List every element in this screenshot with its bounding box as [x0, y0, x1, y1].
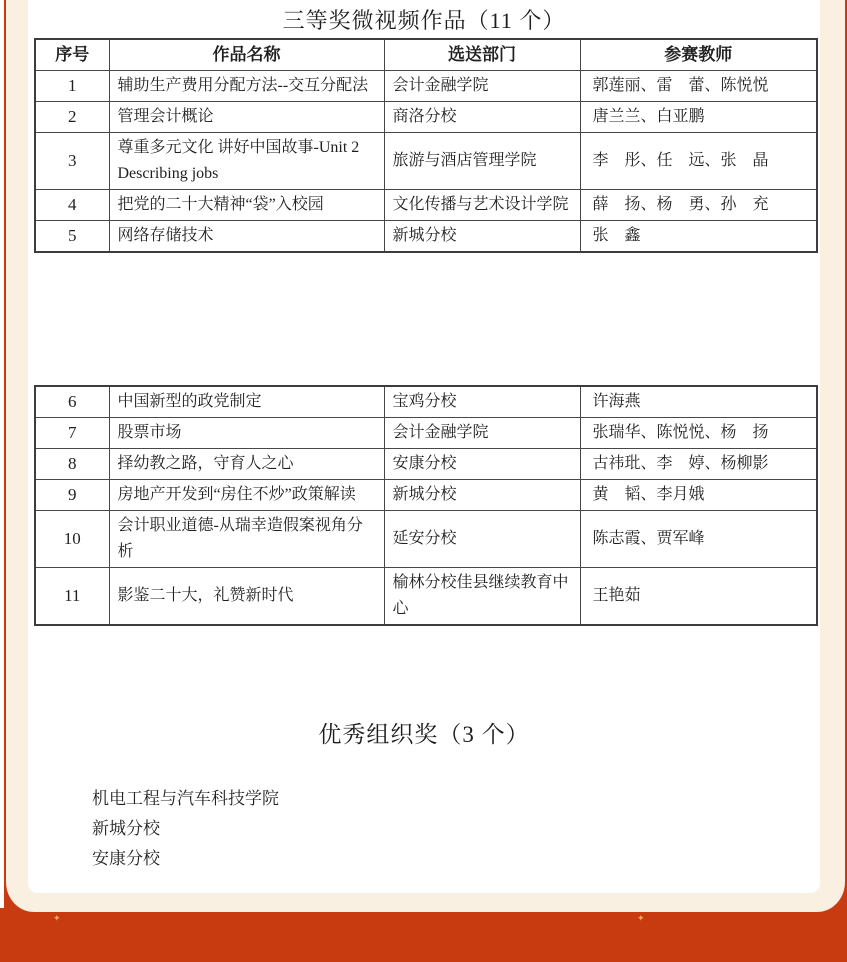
org-award-item: 新城分校: [92, 814, 279, 844]
cell-dept: 会计金融学院: [384, 418, 580, 449]
cell-teachers: 黄 韬、李月娥: [580, 480, 817, 511]
awards-table-2: 6中国新型的政党制定宝鸡分校许海燕7股票市场会计金融学院张瑞华、陈悦悦、杨 扬8…: [34, 385, 818, 626]
cell-dept: 新城分校: [384, 480, 580, 511]
cell-title: 辅助生产费用分配方法--交互分配法: [109, 70, 384, 101]
table-row: 4把党的二十大精神“袋”入校园文化传播与艺术设计学院薛 扬、杨 勇、孙 充: [35, 189, 817, 220]
cell-dept: 新城分校: [384, 220, 580, 252]
table-row: 5网络存储技术新城分校张 鑫: [35, 220, 817, 252]
cell-index: 10: [35, 511, 109, 568]
sparkle-icon: ✦: [637, 914, 645, 923]
cell-title: 网络存储技术: [109, 220, 384, 252]
cell-teachers: 王艳茹: [580, 568, 817, 626]
cell-teachers: 薛 扬、杨 勇、孙 充: [580, 189, 817, 220]
cell-index: 8: [35, 449, 109, 480]
cell-title: 中国新型的政党制定: [109, 386, 384, 418]
cell-index: 11: [35, 568, 109, 626]
table-2-body: 6中国新型的政党制定宝鸡分校许海燕7股票市场会计金融学院张瑞华、陈悦悦、杨 扬8…: [35, 386, 817, 625]
sparkle-icon: ✦: [53, 914, 61, 923]
cell-dept: 宝鸡分校: [384, 386, 580, 418]
header-title: 作品名称: [109, 39, 384, 70]
cell-dept: 榆林分校佳县继续教育中心: [384, 568, 580, 626]
cell-title: 尊重多元文化 讲好中国故事-Unit 2 Describing jobs: [109, 132, 384, 189]
cell-index: 6: [35, 386, 109, 418]
table-row: 9房地产开发到“房住不炒”政策解读新城分校黄 韬、李月娥: [35, 480, 817, 511]
table-header-row: 序号 作品名称 选送部门 参赛教师: [35, 39, 817, 70]
cell-index: 9: [35, 480, 109, 511]
cell-dept: 文化传播与艺术设计学院: [384, 189, 580, 220]
cell-teachers: 郭莲丽、雷 蕾、陈悦悦: [580, 70, 817, 101]
cell-index: 1: [35, 70, 109, 101]
org-awards-list: 机电工程与汽车科技学院新城分校安康分校: [92, 784, 279, 874]
cell-title: 房地产开发到“房住不炒”政策解读: [109, 480, 384, 511]
cell-index: 5: [35, 220, 109, 252]
org-award-title: 优秀组织奖（3 个）: [28, 716, 820, 749]
cell-dept: 会计金融学院: [384, 70, 580, 101]
table-row: 6中国新型的政党制定宝鸡分校许海燕: [35, 386, 817, 418]
header-dept: 选送部门: [384, 39, 580, 70]
header-index: 序号: [35, 39, 109, 70]
cell-teachers: 张 鑫: [580, 220, 817, 252]
cell-title: 管理会计概论: [109, 101, 384, 132]
cell-dept: 旅游与酒店管理学院: [384, 132, 580, 189]
cell-title: 股票市场: [109, 418, 384, 449]
third-prize-title: 三等奖微视频作品（11 个）: [28, 4, 820, 35]
cell-title: 把党的二十大精神“袋”入校园: [109, 189, 384, 220]
cell-teachers: 许海燕: [580, 386, 817, 418]
awards-table-1: 序号 作品名称 选送部门 参赛教师 1辅助生产费用分配方法--交互分配法会计金融…: [34, 38, 818, 253]
page-background: 三等奖微视频作品（11 个） 序号 作品名称 选送部门 参赛教师 1辅助生产费用…: [0, 0, 847, 962]
cell-teachers: 李 彤、任 远、张 晶: [580, 132, 817, 189]
table-row: 7股票市场会计金融学院张瑞华、陈悦悦、杨 扬: [35, 418, 817, 449]
table-row: 2管理会计概论商洛分校唐兰兰、白亚鹏: [35, 101, 817, 132]
cell-title: 会计职业道德-从瑞幸造假案视角分析: [109, 511, 384, 568]
cell-teachers: 古祎玭、李 婷、杨柳影: [580, 449, 817, 480]
cell-teachers: 唐兰兰、白亚鹏: [580, 101, 817, 132]
table-row: 11影鉴二十大，礼赞新时代榆林分校佳县继续教育中心王艳茹: [35, 568, 817, 626]
table-row: 10会计职业道德-从瑞幸造假案视角分析延安分校陈志霞、贾军峰: [35, 511, 817, 568]
table-row: 1辅助生产费用分配方法--交互分配法会计金融学院郭莲丽、雷 蕾、陈悦悦: [35, 70, 817, 101]
cell-dept: 延安分校: [384, 511, 580, 568]
header-teachers: 参赛教师: [580, 39, 817, 70]
cell-teachers: 陈志霞、贾军峰: [580, 511, 817, 568]
cell-index: 2: [35, 101, 109, 132]
table-1-body: 1辅助生产费用分配方法--交互分配法会计金融学院郭莲丽、雷 蕾、陈悦悦2管理会计…: [35, 70, 817, 252]
cell-index: 4: [35, 189, 109, 220]
org-award-item: 安康分校: [92, 844, 279, 874]
org-award-item: 机电工程与汽车科技学院: [92, 784, 279, 814]
table-row: 8择幼教之路，守育人之心安康分校古祎玭、李 婷、杨柳影: [35, 449, 817, 480]
cell-index: 3: [35, 132, 109, 189]
cell-index: 7: [35, 418, 109, 449]
cell-dept: 安康分校: [384, 449, 580, 480]
table-row: 3尊重多元文化 讲好中国故事-Unit 2 Describing jobs旅游与…: [35, 132, 817, 189]
document-page: 三等奖微视频作品（11 个） 序号 作品名称 选送部门 参赛教师 1辅助生产费用…: [28, 0, 820, 893]
cell-dept: 商洛分校: [384, 101, 580, 132]
cell-title: 影鉴二十大，礼赞新时代: [109, 568, 384, 626]
cell-title: 择幼教之路，守育人之心: [109, 449, 384, 480]
cell-teachers: 张瑞华、陈悦悦、杨 扬: [580, 418, 817, 449]
